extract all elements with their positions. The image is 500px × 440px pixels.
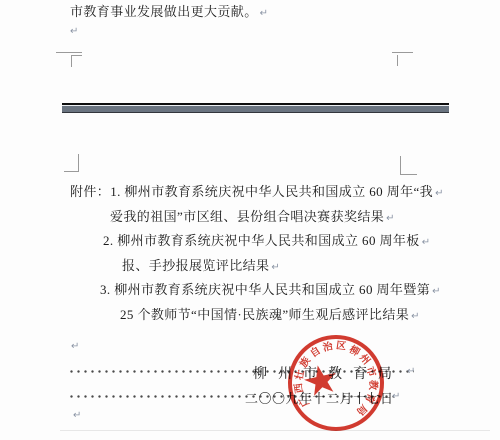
line-break-mark: ↵ [432,286,441,297]
attachment-line: 附件：1. 柳州市教育系统庆祝中华人民共和国成立 60 周年“我↵ [70,183,444,202]
seal-ring-icon [288,335,384,431]
line-break-mark: ↵ [411,311,420,322]
paragraph-mark: ↵ [70,26,78,37]
signature-date: 二〇〇九年十二月十七日 [245,388,394,407]
seal-character: 治 [320,341,334,355]
body-text: 市教育事业发展做出更大贡献。 [70,4,258,19]
signature-date-row: 二〇〇九年十二月十七日 ↵ [68,388,394,405]
attachment-line: 报、手抄报展览评比结果↵ [122,257,280,276]
attachment-line: 25 个教师节“中国情·民族魂”师生观后感评比结果↵ [120,306,420,325]
attachment-text: 附件：1. 柳州市教育系统庆祝中华人民共和国成立 60 周年“我 [70,184,433,199]
text-boundary-mark [71,55,82,56]
text-boundary-mark [56,52,82,53]
line-break-mark: ↵ [422,237,431,248]
attachment-text: 爱我的祖国”市区组、县份组合唱决赛获奖结果 [110,209,384,224]
text-boundary-mark [392,52,413,53]
agency-name: 柳州市教育局 [253,363,403,383]
seal-arc-text: 广西壮族自治区柳州市教育局 [288,335,384,431]
text-boundary-mark [78,154,79,172]
attachment-text: 3. 柳州市教育系统庆祝中华人民共和国成立 60 周年暨第 [100,282,430,297]
official-seal: 广西壮族自治区柳州市教育局 [288,335,384,431]
attachment-text: 25 个教师节“中国情·民族魂”师生观后感评比结果 [120,307,409,322]
page-edge-line [60,430,490,431]
attachment-text: 2. 柳州市教育系统庆祝中华人民共和国成立 60 周年板 [103,233,420,248]
body-text-line: 市教育事业发展做出更大贡献。↵ [70,3,268,22]
attachment-line: 2. 柳州市教育系统庆祝中华人民共和国成立 60 周年板↵ [103,232,430,251]
line-break-mark: ↵ [392,391,400,402]
seal-character: 自 [307,345,324,362]
attachment-text: 报、手抄报展览评比结果 [122,258,269,273]
paragraph-mark: ↵ [73,410,81,421]
signature-agency-row: 柳州市教育局 ↵ [68,363,414,380]
text-boundary-mark [400,156,401,175]
text-boundary-mark [397,55,398,66]
attachment-line: 爱我的祖国”市区组、县份组合唱决赛获奖结果↵ [110,208,395,227]
seal-character: 区 [334,341,348,355]
text-boundary-mark [71,55,72,67]
line-break-mark: ↵ [386,213,395,224]
seal-character: 柳 [345,343,361,359]
text-boundary-mark [400,174,417,175]
attachment-line: 3. 柳州市教育系统庆祝中华人民共和国成立 60 周年暨第↵ [100,281,441,300]
paragraph-mark: ↵ [71,341,79,352]
line-break-mark: ↵ [407,366,415,377]
word-document-view: 市教育事业发展做出更大贡献。↵ ↵ 附件：1. 柳州市教育系统庆祝中华人民共和国… [0,0,500,440]
line-break-mark: ↵ [271,262,280,273]
line-break-mark: ↵ [435,188,444,199]
text-boundary-mark [64,171,79,172]
line-break-mark: ↵ [260,8,269,19]
page-break-bar [62,103,449,114]
